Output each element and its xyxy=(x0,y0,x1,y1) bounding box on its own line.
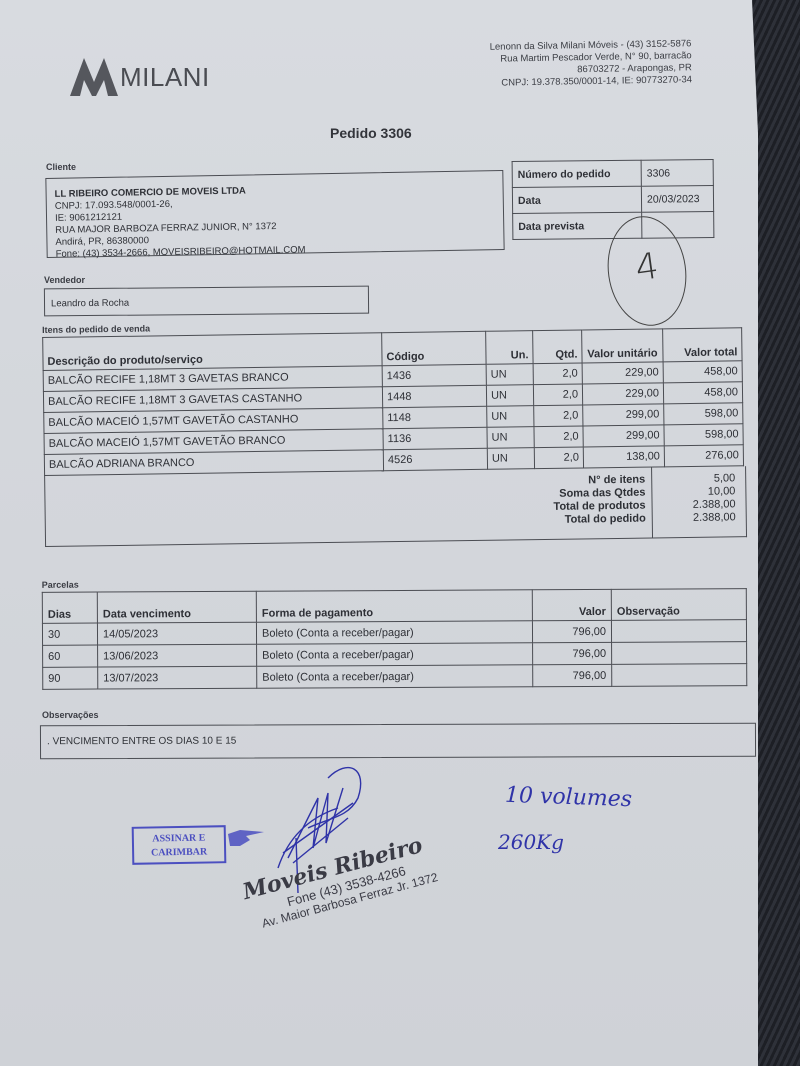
installment-method: Boleto (Conta a receber/pagar) xyxy=(257,643,533,666)
item-unit-price: 229,00 xyxy=(582,362,663,384)
total-qty-label: Soma das Qtdes xyxy=(553,487,645,501)
item-total: 276,00 xyxy=(664,445,743,467)
installment-date: 13/06/2023 xyxy=(98,644,257,667)
logo-text: MILANI xyxy=(120,62,210,93)
observations-box: . VENCIMENTO ENTRE OS DIAS 10 E 15 xyxy=(40,723,756,759)
installment-days: 30 xyxy=(42,623,97,645)
installment-observation xyxy=(612,642,747,665)
order-number-value: 3306 xyxy=(641,159,713,186)
pointing-hand-icon xyxy=(226,826,266,856)
total-products-value: 2.388,00 xyxy=(693,498,736,512)
total-items-label: N° de itens xyxy=(553,474,645,488)
items-section: Itens do pedido de venda Descrição do pr… xyxy=(42,315,745,547)
col-days: Dias xyxy=(42,592,97,623)
installments-table: Dias Data vencimento Forma de pagamento … xyxy=(42,588,748,690)
table-row: 9013/07/2023Boleto (Conta a receber/paga… xyxy=(43,664,747,690)
handwritten-volumes: 10 volumes xyxy=(505,783,633,812)
vendor-label: Vendedor xyxy=(44,275,85,285)
col-unit: Un. xyxy=(486,331,533,365)
item-unit: UN xyxy=(487,448,534,470)
col-observation: Observação xyxy=(611,589,746,621)
vendor-name: Leandro da Rocha xyxy=(51,298,129,310)
order-date-value: 20/03/2023 xyxy=(641,185,713,212)
item-unit: UN xyxy=(486,385,533,407)
installment-method: Boleto (Conta a receber/pagar) xyxy=(257,665,533,688)
item-qty: 2,0 xyxy=(534,447,583,469)
col-code: Código xyxy=(382,331,486,365)
col-due-date: Data vencimento xyxy=(97,591,256,623)
item-code: 1448 xyxy=(382,385,486,407)
col-payment-method: Forma de pagamento xyxy=(256,590,532,622)
observations-label: Observações xyxy=(42,710,99,720)
total-order-value: 2.388,00 xyxy=(693,511,736,525)
item-unit-price: 299,00 xyxy=(583,425,664,447)
item-unit: UN xyxy=(487,427,534,449)
item-code: 1148 xyxy=(383,406,487,428)
installment-value: 796,00 xyxy=(533,642,612,664)
page-title: Pedido 3306 xyxy=(330,125,412,141)
milani-logo-icon xyxy=(70,52,118,96)
order-info-table: Número do pedido3306 Data20/03/2023 Data… xyxy=(512,159,715,240)
installment-observation xyxy=(612,664,747,687)
stamp-line: CARIMBAR xyxy=(134,845,224,861)
sign-stamp: ASSINAR E CARIMBAR xyxy=(132,825,227,865)
client-label: Cliente xyxy=(46,162,76,172)
item-qty: 2,0 xyxy=(533,384,582,406)
installment-value: 796,00 xyxy=(532,620,611,642)
total-order-label: Total do pedido xyxy=(554,513,646,527)
installment-date: 14/05/2023 xyxy=(97,622,256,645)
installments-header: Dias Data vencimento Forma de pagamento … xyxy=(42,589,746,624)
installment-value: 796,00 xyxy=(533,664,612,686)
col-unit-price: Valor unitário xyxy=(582,329,663,363)
item-total: 598,00 xyxy=(664,424,743,446)
item-qty: 2,0 xyxy=(534,405,583,427)
item-unit-price: 299,00 xyxy=(583,404,664,426)
item-unit-price: 229,00 xyxy=(582,383,663,405)
item-total: 598,00 xyxy=(664,403,743,425)
col-total: Valor total xyxy=(663,328,742,362)
item-code: 4526 xyxy=(383,448,487,470)
col-qty: Qtd. xyxy=(533,330,582,364)
installments-section: Parcelas Dias Data vencimento Forma de p… xyxy=(42,576,748,690)
col-value: Valor xyxy=(532,589,611,620)
total-items-value: 5,00 xyxy=(692,472,735,486)
handwritten-weight: 260Kg xyxy=(498,830,564,854)
order-number-label: Número do pedido xyxy=(512,160,641,187)
item-code: 1136 xyxy=(383,427,487,449)
item-unit-price: 138,00 xyxy=(583,446,664,468)
order-date-label: Data xyxy=(512,186,641,213)
client-box: LL RIBEIRO COMERCIO DE MOVEIS LTDA CNPJ:… xyxy=(45,170,504,258)
item-qty: 2,0 xyxy=(533,363,582,385)
item-total: 458,00 xyxy=(663,361,742,383)
item-total: 458,00 xyxy=(663,382,742,404)
item-qty: 2,0 xyxy=(534,426,583,448)
vendor-box: Leandro da Rocha xyxy=(44,286,369,317)
observations-text: . VENCIMENTO ENTRE OS DIAS 10 E 15 xyxy=(47,736,236,748)
company-info: Lenonn da Silva Milani Móveis - (43) 315… xyxy=(490,38,693,90)
installment-method: Boleto (Conta a receber/pagar) xyxy=(256,621,532,644)
installment-days: 90 xyxy=(43,667,98,689)
installment-observation xyxy=(611,620,746,643)
item-unit: UN xyxy=(486,364,533,386)
col-description: Descrição do produto/serviço xyxy=(43,333,382,371)
total-products-label: Total de produtos xyxy=(553,500,645,514)
company-line: CNPJ: 19.378.350/0001-14, IE: 90773270-3… xyxy=(490,74,692,90)
installment-days: 60 xyxy=(43,645,98,667)
item-code: 1436 xyxy=(382,364,486,386)
totals-box: N° de itens Soma das Qtdes Total de prod… xyxy=(44,466,747,547)
installment-date: 13/07/2023 xyxy=(98,666,257,689)
items-table: Descrição do produto/serviço Código Un. … xyxy=(42,327,744,476)
circled-number: 4 xyxy=(633,246,661,290)
total-qty-value: 10,00 xyxy=(692,485,735,499)
item-unit: UN xyxy=(487,406,534,428)
document-page: MILANI Lenonn da Silva Milani Móveis - (… xyxy=(0,0,758,1066)
